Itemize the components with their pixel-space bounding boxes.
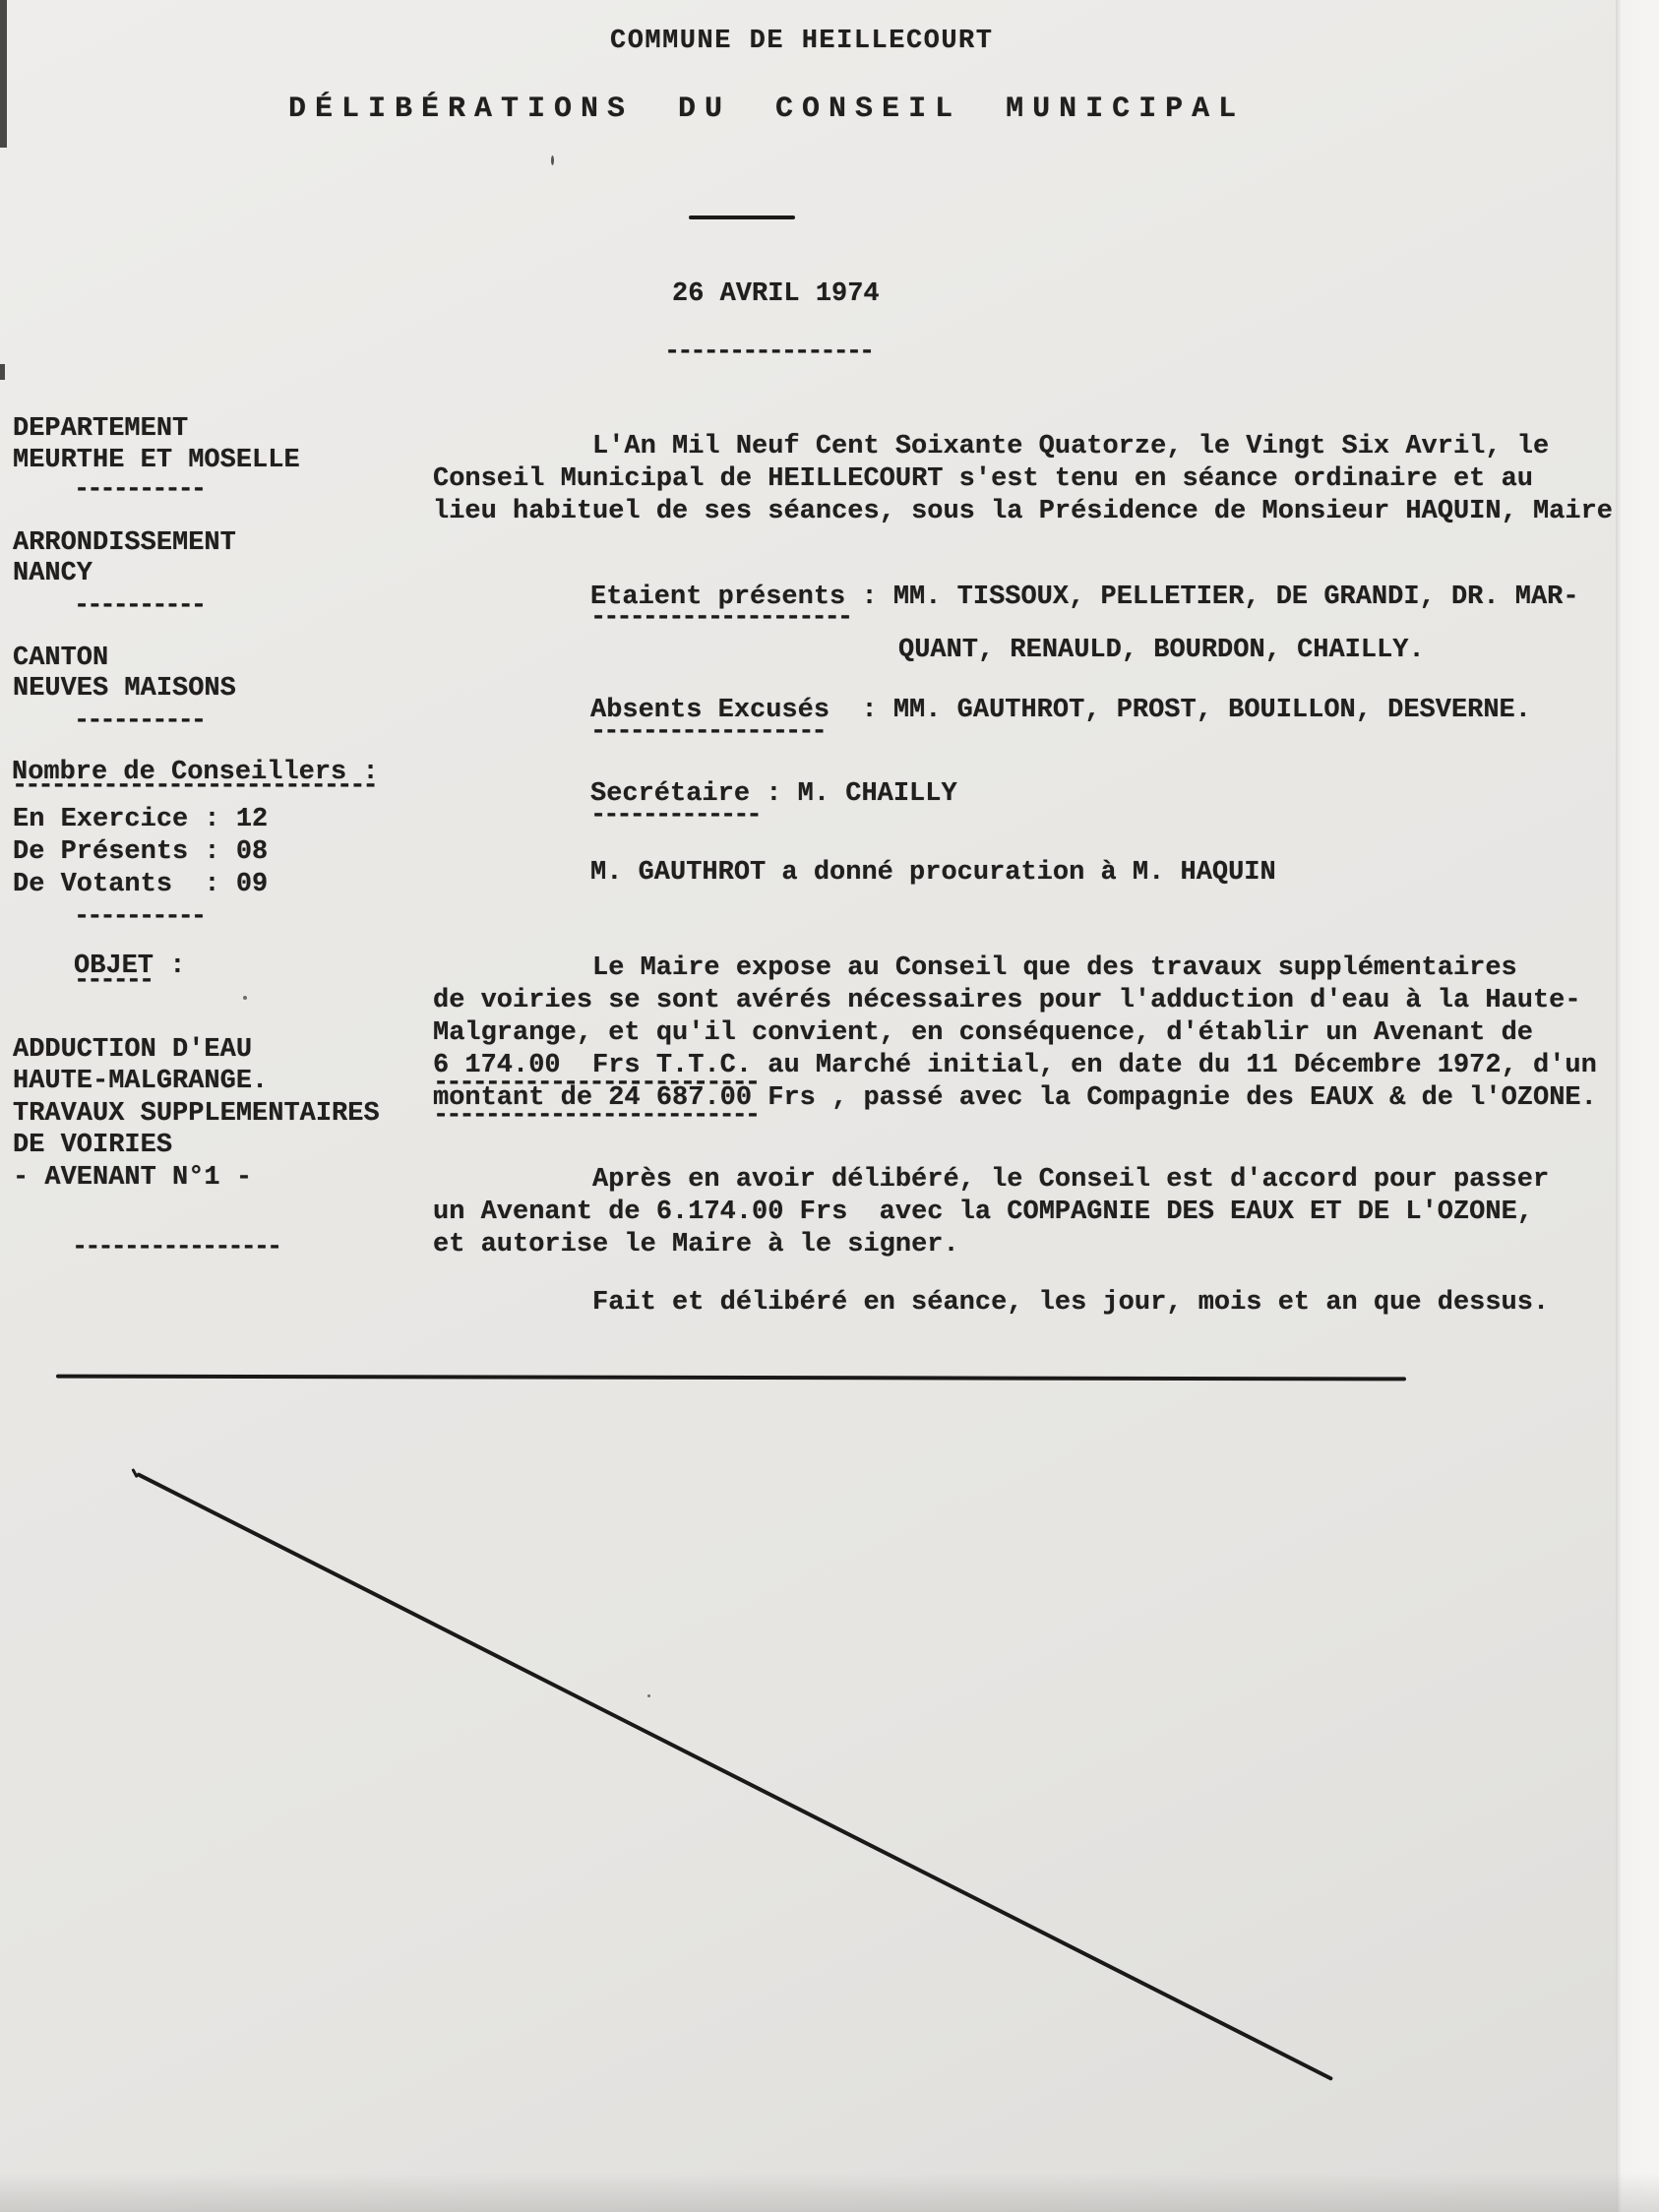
amount-underline: ------------------------- bbox=[433, 1100, 758, 1133]
scan-speck bbox=[647, 1694, 650, 1697]
scanned-document-page: COMMUNE DE HEILLECOURT DÉLIBÉRATIONS DU … bbox=[0, 0, 1659, 2212]
commune-title: COMMUNE DE HEILLECOURT bbox=[610, 26, 993, 58]
objet-line: HAUTE-MALGRANGE. bbox=[13, 1066, 268, 1098]
arrondissement-label: ARRONDISSEMENT bbox=[13, 527, 236, 560]
departement-value: MEURTHE ET MOSELLE bbox=[13, 445, 300, 477]
scan-bottom-shadow bbox=[0, 2173, 1659, 2212]
scan-edge-mark bbox=[0, 0, 7, 148]
closing-line: Fait et délibéré en séance, les jour, mo… bbox=[592, 1287, 1549, 1320]
presents-line2: QUANT, RENAULD, BOURDON, CHAILLY. bbox=[898, 635, 1425, 667]
scan-speck bbox=[551, 155, 554, 165]
conseillers-presents: De Présents : 08 bbox=[13, 836, 268, 869]
presents-underline: -------------------- bbox=[590, 602, 850, 635]
diagonal-strike-line bbox=[136, 1472, 1333, 2081]
objet-line: TRAVAUX SUPPLEMENTAIRES bbox=[13, 1098, 380, 1131]
objet-underline: ------ bbox=[74, 965, 152, 998]
objet-line: - AVENANT N°1 - bbox=[13, 1162, 252, 1195]
conseillers-en-exercice: En Exercice : 12 bbox=[13, 804, 268, 836]
paragraph2-line: Le Maire expose au Conseil que des trava… bbox=[592, 952, 1517, 985]
sidebar-separator: ---------- bbox=[74, 590, 204, 623]
paragraph1-line: Conseil Municipal de HEILLECOURT s'est t… bbox=[433, 463, 1533, 496]
secretaire-underline: ------------- bbox=[590, 800, 760, 832]
scan-edge-mark bbox=[0, 364, 5, 380]
sidebar-separator: ---------- bbox=[74, 901, 204, 934]
paragraph3-line: Après en avoir délibéré, le Conseil est … bbox=[592, 1164, 1549, 1197]
document-title: DÉLIBÉRATIONS DU CONSEIL MUNICIPAL bbox=[288, 93, 1245, 126]
horizontal-rule bbox=[56, 1375, 1406, 1382]
departement-label: DEPARTEMENT bbox=[13, 413, 188, 446]
sidebar-separator: ---------- bbox=[74, 706, 204, 738]
paragraph1-line: lieu habituel de ses séances, sous la Pr… bbox=[433, 496, 1613, 528]
sidebar-separator: ---------------- bbox=[72, 1232, 279, 1264]
objet-line: ADDUCTION D'EAU bbox=[13, 1034, 252, 1067]
date-separator: ---------------- bbox=[664, 337, 872, 369]
canton-label: CANTON bbox=[13, 643, 108, 675]
absents-underline: ------------------ bbox=[590, 716, 825, 749]
objet-line: DE VOIRIES bbox=[13, 1130, 172, 1162]
title-underline bbox=[689, 215, 795, 219]
paragraph3-line: et autorise le Maire à le signer. bbox=[433, 1229, 959, 1261]
canton-value: NEUVES MAISONS bbox=[13, 673, 236, 706]
absents-list: : MM. GAUTHROT, PROST, BOUILLON, DESVERN… bbox=[829, 696, 1531, 725]
presents-list: : MM. TISSOUX, PELLETIER, DE GRANDI, DR.… bbox=[845, 583, 1578, 612]
paragraph1-line: L'An Mil Neuf Cent Soixante Quatorze, le… bbox=[592, 431, 1549, 463]
paragraph3-line: un Avenant de 6.174.00 Frs avec la COMPA… bbox=[433, 1197, 1533, 1229]
procuration-line: M. GAUTHROT a donné procuration à M. HAQ… bbox=[590, 857, 1276, 890]
secretaire-name: : M. CHAILLY bbox=[750, 779, 957, 809]
arrondissement-value: NANCY bbox=[13, 558, 92, 590]
sidebar-separator: ---------- bbox=[74, 474, 204, 507]
paper-right-edge bbox=[1616, 0, 1659, 2212]
paragraph2-line: de voiries se sont avérés nécessaires po… bbox=[433, 985, 1581, 1017]
scan-speck bbox=[243, 996, 247, 1000]
conseillers-underline: ---------------------------- bbox=[12, 770, 376, 803]
conseillers-votants: De Votants : 09 bbox=[13, 869, 268, 901]
paragraph2-line: Malgrange, et qu'il convient, en conséqu… bbox=[433, 1017, 1533, 1050]
session-date: 26 AVRIL 1974 bbox=[672, 278, 880, 311]
